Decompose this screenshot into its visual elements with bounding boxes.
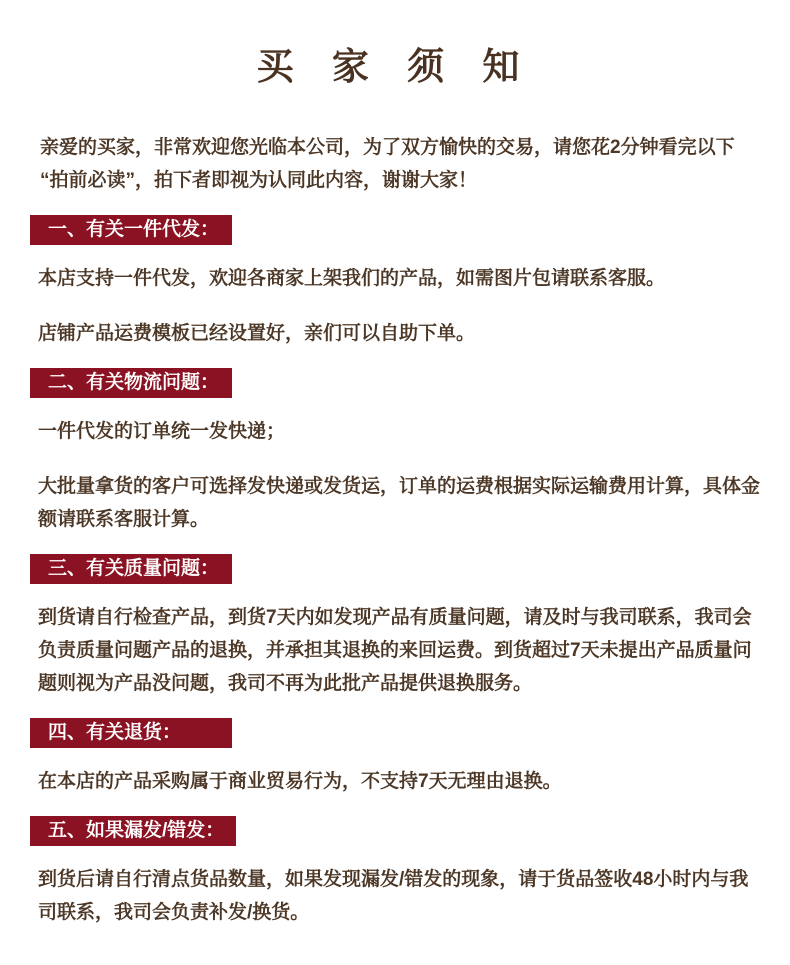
notice-section: 五、如果漏发/错发： 到货后请自行清点货品数量，如果发现漏发/错发的现象，请于货… — [0, 816, 790, 929]
section-paragraphs: 本店支持一件代发，欢迎各商家上架我们的产品，如需图片包请联系客服。店铺产品运费模… — [0, 262, 790, 350]
notice-section: 二、有关物流问题： 一件代发的订单统一发快递；大批量拿货的客户可选择发快递或发货… — [0, 368, 790, 536]
section-heading-badge: 三、有关质量问题： — [30, 554, 232, 584]
section-paragraphs: 在本店的产品采购属于商业贸易行为，不支持7天无理由退换。 — [0, 765, 790, 798]
intro-paragraph: 亲爱的买家，非常欢迎您光临本公司，为了双方愉快的交易，请您花2分钟看完以下“拍前… — [40, 131, 762, 197]
section-paragraph: 一件代发的订单统一发快递； — [38, 415, 760, 448]
section-paragraphs: 一件代发的订单统一发快递；大批量拿货的客户可选择发快递或发货运，订单的运费根据实… — [0, 415, 790, 536]
buyer-notice-page: 买 家 须 知 亲爱的买家，非常欢迎您光临本公司，为了双方愉快的交易，请您花2分… — [0, 0, 790, 965]
section-paragraph: 到货后请自行清点货品数量，如果发现漏发/错发的现象，请于货品签收48小时内与我司… — [38, 863, 760, 929]
section-paragraphs: 到货请自行检查产品，到货7天内如发现产品有质量问题，请及时与我司联系，我司会负责… — [0, 601, 790, 700]
section-paragraph: 在本店的产品采购属于商业贸易行为，不支持7天无理由退换。 — [38, 765, 760, 798]
section-heading-badge: 二、有关物流问题： — [30, 368, 232, 398]
notice-section: 四、有关退货： 在本店的产品采购属于商业贸易行为，不支持7天无理由退换。 — [0, 718, 790, 798]
notice-section: 三、有关质量问题： 到货请自行检查产品，到货7天内如发现产品有质量问题，请及时与… — [0, 554, 790, 700]
page-title: 买 家 须 知 — [0, 25, 790, 87]
section-heading-badge: 五、如果漏发/错发： — [30, 816, 236, 846]
section-paragraph: 本店支持一件代发，欢迎各商家上架我们的产品，如需图片包请联系客服。 — [38, 262, 760, 295]
notice-section: 一、有关一件代发： 本店支持一件代发，欢迎各商家上架我们的产品，如需图片包请联系… — [0, 215, 790, 350]
section-heading-badge: 一、有关一件代发： — [30, 215, 232, 245]
section-heading-badge: 四、有关退货： — [30, 718, 232, 748]
section-paragraph: 店铺产品运费模板已经设置好，亲们可以自助下单。 — [38, 317, 760, 350]
sections: 一、有关一件代发： 本店支持一件代发，欢迎各商家上架我们的产品，如需图片包请联系… — [0, 215, 790, 929]
section-paragraph: 大批量拿货的客户可选择发快递或发货运，订单的运费根据实际运输费用计算，具体金额请… — [38, 470, 760, 536]
section-paragraphs: 到货后请自行清点货品数量，如果发现漏发/错发的现象，请于货品签收48小时内与我司… — [0, 863, 790, 929]
section-paragraph: 到货请自行检查产品，到货7天内如发现产品有质量问题，请及时与我司联系，我司会负责… — [38, 601, 760, 700]
